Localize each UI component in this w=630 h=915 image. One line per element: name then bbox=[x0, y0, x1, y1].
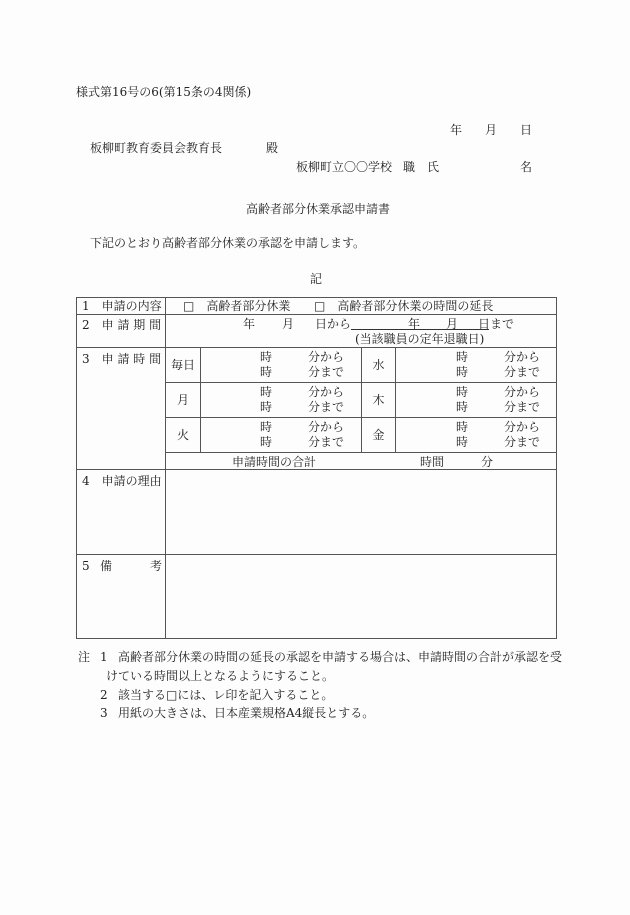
table-rule bbox=[76, 314, 557, 315]
table-border-left bbox=[76, 297, 77, 639]
from-hour[interactable]: 時 bbox=[260, 350, 272, 364]
applicant-position-label: 職 bbox=[403, 160, 415, 174]
to-minute[interactable]: 分まで bbox=[308, 400, 344, 414]
row3-label: 3 申 請 時 間 bbox=[82, 352, 161, 366]
row4-label: 4 申請の理由 bbox=[82, 474, 162, 488]
honorific: 殿 bbox=[266, 141, 278, 155]
to-hour[interactable]: 時 bbox=[260, 435, 272, 449]
table-rule bbox=[76, 347, 557, 348]
from-hour[interactable]: 時 bbox=[456, 350, 468, 364]
end-note: (当該職員の定年退職日) bbox=[355, 332, 484, 346]
table-border-bottom bbox=[76, 638, 557, 639]
label-column-divider bbox=[165, 297, 166, 639]
checkbox-partial-leave-extension[interactable]: □ 高齢者部分休業の時間の延長 bbox=[314, 299, 493, 313]
note-1-text: 高齢者部分休業の時間の延長の承認を申請する場合は、申請時間の合計が承認を受 bbox=[118, 650, 562, 664]
note-2-text: 該当する□には、レ印を記入すること。 bbox=[118, 688, 333, 702]
note-1-number: 1 bbox=[100, 650, 108, 664]
start-month-field[interactable]: 月 bbox=[282, 317, 294, 331]
to-minute[interactable]: 分まで bbox=[504, 435, 540, 449]
to-minute[interactable]: 分まで bbox=[308, 365, 344, 379]
applicant-school: 板柳町立〇〇学校 bbox=[296, 160, 392, 174]
note-3-number: 3 bbox=[100, 706, 108, 720]
day-label-monday: 月 bbox=[166, 393, 200, 407]
reason-field[interactable] bbox=[167, 471, 555, 553]
from-minute[interactable]: 分から bbox=[504, 350, 540, 364]
day-label-wednesday: 水 bbox=[362, 358, 395, 372]
to-minute[interactable]: 分まで bbox=[504, 400, 540, 414]
end-month-field[interactable]: 月 bbox=[446, 317, 458, 331]
document-title: 高齢者部分休業承認申請書 bbox=[246, 202, 390, 216]
table-border-top bbox=[76, 297, 557, 298]
date-day-label: 日 bbox=[520, 123, 532, 137]
day-label-tuesday: 火 bbox=[166, 428, 200, 442]
note-2-number: 2 bbox=[100, 688, 108, 702]
to-hour[interactable]: 時 bbox=[260, 365, 272, 379]
total-hours-field[interactable]: 時間 bbox=[420, 455, 444, 469]
addressee: 板柳町教育委員会教育長 bbox=[90, 141, 222, 155]
applicant-name-label-2: 名 bbox=[520, 160, 532, 174]
form-number: 様式第16号の6(第15条の4関係) bbox=[76, 85, 251, 99]
remarks-field[interactable] bbox=[167, 556, 555, 637]
to-hour[interactable]: 時 bbox=[260, 400, 272, 414]
table-border-right bbox=[556, 297, 557, 639]
to-minute[interactable]: 分まで bbox=[308, 435, 344, 449]
note-3-text: 用紙の大きさは、日本産業規格A4縦長とする。 bbox=[118, 706, 374, 720]
from-hour[interactable]: 時 bbox=[456, 420, 468, 434]
end-year-field[interactable]: 年 bbox=[408, 317, 420, 331]
from-hour[interactable]: 時 bbox=[456, 385, 468, 399]
intro-text: 下記のとおり高齢者部分休業の承認を申請します。 bbox=[90, 236, 365, 250]
date-month-label: 月 bbox=[485, 123, 497, 137]
date-year-label: 年 bbox=[450, 123, 462, 137]
applicant-name-label-1: 氏 bbox=[427, 160, 439, 174]
from-minute[interactable]: 分から bbox=[308, 350, 344, 364]
ki-heading: 記 bbox=[310, 272, 322, 286]
row5-label-b: 考 bbox=[150, 559, 162, 573]
from-minute[interactable]: 分から bbox=[308, 385, 344, 399]
start-year-field[interactable]: 年 bbox=[243, 317, 255, 331]
to-minute[interactable]: 分まで bbox=[504, 365, 540, 379]
total-label: 申請時間の合計 bbox=[232, 455, 316, 469]
row5-label-a: 備 bbox=[100, 559, 112, 573]
day-label-thursday: 木 bbox=[362, 393, 395, 407]
from-hour[interactable]: 時 bbox=[260, 420, 272, 434]
day-column-divider-left bbox=[200, 347, 201, 453]
to-hour[interactable]: 時 bbox=[456, 400, 468, 414]
end-day-field[interactable]: 日 bbox=[478, 317, 490, 331]
day-label-everyday: 毎日 bbox=[166, 358, 200, 372]
table-rule bbox=[76, 469, 557, 470]
from-minute[interactable]: 分から bbox=[504, 385, 540, 399]
end-suffix: まで bbox=[490, 317, 514, 331]
note-1-continuation: けている時間以上となるようにすること。 bbox=[106, 669, 334, 683]
total-minutes-field[interactable]: 分 bbox=[481, 455, 493, 469]
from-hour[interactable]: 時 bbox=[260, 385, 272, 399]
notes-prefix: 注 bbox=[78, 650, 90, 664]
checkbox-partial-leave[interactable]: □ 高齢者部分休業 bbox=[183, 299, 290, 313]
day-column-divider-right bbox=[395, 347, 396, 453]
from-minute[interactable]: 分から bbox=[308, 420, 344, 434]
to-hour[interactable]: 時 bbox=[456, 435, 468, 449]
row1-label: 1 申請の内容 bbox=[82, 299, 162, 313]
table-rule bbox=[76, 554, 557, 555]
to-hour[interactable]: 時 bbox=[456, 365, 468, 379]
day-label-friday: 金 bbox=[362, 428, 395, 442]
row5-label-number: 5 bbox=[82, 559, 90, 573]
from-minute[interactable]: 分から bbox=[504, 420, 540, 434]
row2-label: 2 申 請 期 間 bbox=[82, 318, 161, 332]
start-day-field[interactable]: 日から bbox=[315, 317, 351, 331]
